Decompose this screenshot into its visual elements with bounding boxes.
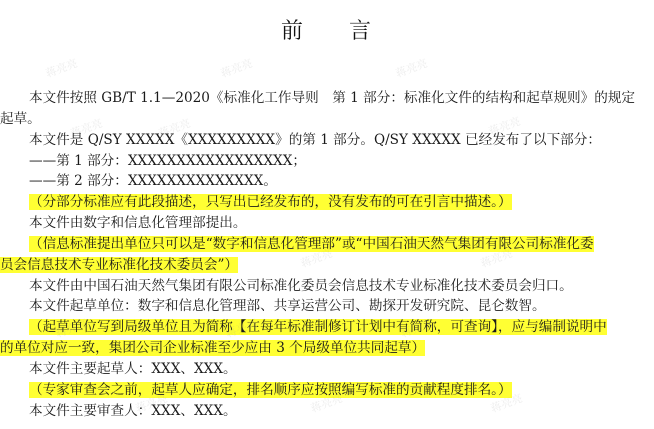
highlighted-note-line: 员会信息技术专业标准化技术委员会”）: [0, 255, 640, 276]
paragraph-line: 本文件按照 GB/T 1.1—2020《标准化工作导则 第 1 部分：标准化文件…: [0, 88, 640, 109]
line-text: ——第 2 部分：XXXXXXXXXXXXXX。: [29, 173, 277, 189]
document-body: 本文件按照 GB/T 1.1—2020《标准化工作导则 第 1 部分：标准化文件…: [0, 88, 640, 422]
paragraph-line: 起草。: [0, 109, 640, 130]
highlighted-note-line: （起草单位写到局级单位且为简称【在每年标准制修订计划中有简称，可查询】，应与编制…: [0, 317, 640, 338]
paragraph-line: 本文件主要起草人：XXX、XXX。: [0, 359, 640, 380]
watermark-text: 蒋亮亮: [43, 55, 79, 81]
line-text: ——第 1 部分：XXXXXXXXXXXXXXXXX；: [29, 153, 306, 169]
line-text: （分部分标准应有此段描述，只写出已经发布的，没有发布的可在引言中描述。）: [29, 194, 512, 210]
paragraph-line: ——第 2 部分：XXXXXXXXXXXXXX。: [0, 171, 640, 192]
line-text: （专家审查会之前，起草人应确定，排名顺序应按照编写标准的贡献程度排名。）: [29, 382, 512, 398]
watermark-text: 蒋亮亮: [393, 55, 429, 81]
line-text: 起草。: [0, 111, 41, 127]
highlighted-note-line: （分部分标准应有此段描述，只写出已经发布的，没有发布的可在引言中描述。）: [0, 192, 640, 213]
line-text: 本文件由中国石油天然气集团有限公司标准化委员会信息技术专业标准化技术委员会归口。: [29, 278, 573, 294]
line-text: 本文件是 Q/SY XXXXX《XXXXXXXXX》的第 1 部分。Q/SY X…: [29, 132, 601, 148]
paragraph-line: 本文件主要审查人：XXX、XXX。: [0, 401, 640, 422]
watermark-text: 蒋亮亮: [218, 55, 254, 81]
highlighted-note-line: （专家审查会之前，起草人应确定，排名顺序应按照编写标准的贡献程度排名。）: [0, 380, 640, 401]
paragraph-line: 本文件起草单位：数字和信息化管理部、共享运营公司、勘探开发研究院、昆仑数智。: [0, 296, 640, 317]
line-text: 本文件主要起草人：XXX、XXX。: [29, 361, 237, 377]
paragraph-line: ——第 1 部分：XXXXXXXXXXXXXXXXX；: [0, 151, 640, 172]
paragraph-line: 本文件由中国石油天然气集团有限公司标准化委员会信息技术专业标准化技术委员会归口。: [0, 276, 640, 297]
line-text: 本文件由数字和信息化管理部提出。: [29, 215, 247, 231]
line-text: （信息标准提出单位只可以是“数字和信息化管理部”或“中国石油天然气集团有限公司标…: [29, 236, 594, 252]
line-text: （起草单位写到局级单位且为简称【在每年标准制修订计划中有简称，可查询】，应与编制…: [29, 319, 607, 335]
title-char-1: 前: [281, 14, 305, 45]
highlighted-note-line: （信息标准提出单位只可以是“数字和信息化管理部”或“中国石油天然气集团有限公司标…: [0, 234, 640, 255]
line-text: 员会信息技术专业标准化技术委员会”）: [0, 257, 238, 273]
line-text: 的单位对应一致，集团公司企业标准至少应由 3 个局级单位共同起草）: [0, 340, 425, 356]
title-char-2: 言: [349, 14, 373, 45]
line-text: 本文件起草单位：数字和信息化管理部、共享运营公司、勘探开发研究院、昆仑数智。: [29, 298, 546, 314]
paragraph-line: 本文件由数字和信息化管理部提出。: [0, 213, 640, 234]
highlighted-note-line: 的单位对应一致，集团公司企业标准至少应由 3 个局级单位共同起草）: [0, 338, 640, 359]
line-text: 本文件主要审查人：XXX、XXX。: [29, 403, 237, 419]
paragraph-line: 本文件是 Q/SY XXXXX《XXXXXXXXX》的第 1 部分。Q/SY X…: [0, 130, 640, 151]
line-text: 本文件按照 GB/T 1.1—2020《标准化工作导则 第 1 部分：标准化文件…: [29, 90, 635, 106]
page-title: 前言: [0, 14, 654, 45]
